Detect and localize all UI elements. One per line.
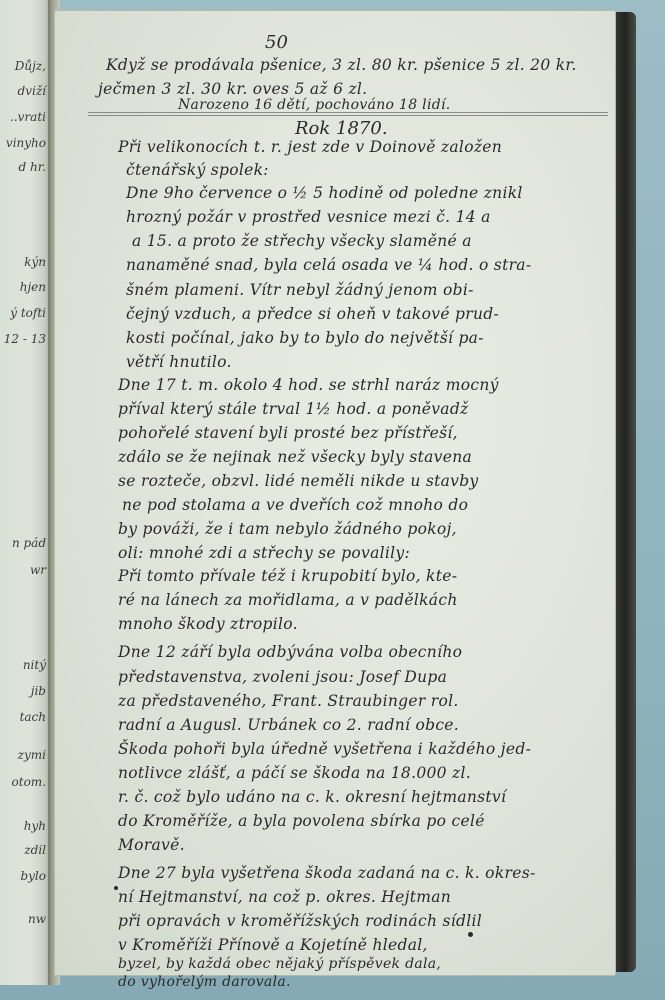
margin-fragment: n pád [12,536,46,550]
book-cover-edge [614,12,636,972]
text-line: čtenářský spolek: [126,163,269,179]
text-line: r. č. což bylo udáno na c. k. okresní he… [118,790,506,806]
text-line: Při tomto přívale též i krupobití bylo, … [118,569,457,585]
margin-fragment: vinyho [6,136,46,150]
text-line: byzel, by každá obec nějaký příspěvek da… [118,957,441,971]
text-line: Dne 12 září byla odbývána volba obecního [118,645,462,661]
text-line: Dne 17 t. m. okolo 4 hod. se strhl naráz… [118,378,499,394]
margin-fragment: bylo [20,869,46,883]
text-line: ne pod stolama a ve dveřích což mnoho do [122,498,468,514]
margin-fragment: d hr. [19,160,46,174]
year-heading: Rok 1870. [295,118,388,139]
text-line: do Kroměříže, a byla povolena sbírka po … [118,814,485,830]
text-line: Moravě. [118,838,185,854]
margin-fragment: 12 - 13 [4,332,46,346]
text-line: kosti počínal, jako by to bylo do největ… [126,331,484,347]
margin-fragment: ..vrati [10,110,46,124]
text-line: a 15. a proto že střechy všecky slaměné … [132,234,472,250]
text-line: ní Hejtmanství, na což p. okres. Hejtman [118,890,451,906]
text-line: by pováži, že i tam nebylo žádného pokoj… [118,522,457,538]
header-line: ječmen 3 zl. 30 kr. oves 5 až 6 zl. [98,82,367,98]
text-line: hrozný požár v prostřed vesnice mezi č. … [126,210,491,226]
text-line: mnoho škody ztropilo. [118,617,298,633]
header-line: Narozeno 16 dětí, pochováno 18 lidí. [178,98,451,112]
text-line: větří hnutilo. [126,355,232,371]
text-line: pohořelé stavení byli prosté bez přístře… [118,426,458,442]
margin-fragment: nw [28,912,46,926]
margin-fragment: Důjz, [15,59,46,73]
margin-fragment: kýn [24,255,46,269]
margin-fragment: hjen [20,280,46,294]
text-line: do vyhořelým darovala. [118,975,291,989]
margin-fragment: ý tofti [10,306,46,320]
text-line: oli: mnohé zdi a střechy se povalily: [118,546,410,562]
text-line: Dne 9ho července o ½ 5 hodině od poledne… [126,186,523,202]
text-line: se rozteče, obzvl. lidé neměli nikde u s… [118,474,479,490]
margin-fragment: wr [30,563,46,577]
text-line: čejný vzduch, a předce si oheň v takové … [126,307,499,323]
header-line: Když se prodávala pšenice, 3 zl. 80 kr. … [106,58,577,74]
text-line: šném plameni. Vítr nebyl žádný jenom obi… [126,283,474,299]
header-rule [88,112,608,113]
text-line: zdálo se že nejinak než všecky byly stav… [118,450,472,466]
text-line: notlivce zlášť, a páčí se škoda na 18.00… [118,766,471,782]
text-line: Dne 27 byla vyšetřena škoda zadaná na c.… [118,866,536,882]
facing-page: Důjz, dviží ..vrati vinyho d hr. kýn hje… [0,0,52,985]
margin-fragment: otom. [12,775,46,789]
text-line: při opravách v kroměřížských rodinách sí… [118,914,482,930]
ink-blot [114,886,118,890]
text-line: ré na lánech za mořidlama, a v padělkách [118,593,458,609]
margin-fragment: jib [31,684,46,698]
text-line: příval který stále trval 1½ hod. a poněv… [118,402,469,418]
header-rule [88,115,608,116]
margin-fragment: nitý [23,658,46,672]
text-line: za představeného, Frant. Straubinger rol… [118,694,459,710]
margin-fragment: hyh [24,819,46,833]
text-line: v Kroměříži Přínově a Kojetíně hledal, [118,938,428,954]
text-line: Škoda pohoři byla úředně vyšetřena i kaž… [118,742,531,758]
text-line: Při velikonocích t. r. jest zde v Doinov… [118,140,502,156]
page-number: 50 [265,32,288,53]
margin-fragment: zymi [18,748,46,762]
margin-fragment: tach [20,710,46,724]
text-line: nanaměné snad, byla celá osada ve ¼ hod.… [126,258,531,274]
text-line: radní a Augusl. Urbánek co 2. radní obce… [118,718,459,734]
margin-fragment: zdil [24,843,46,857]
text-line: představenstva, zvoleni jsou: Josef Dupa [118,670,447,686]
ink-blot [468,932,473,937]
margin-fragment: dviží [18,84,46,98]
